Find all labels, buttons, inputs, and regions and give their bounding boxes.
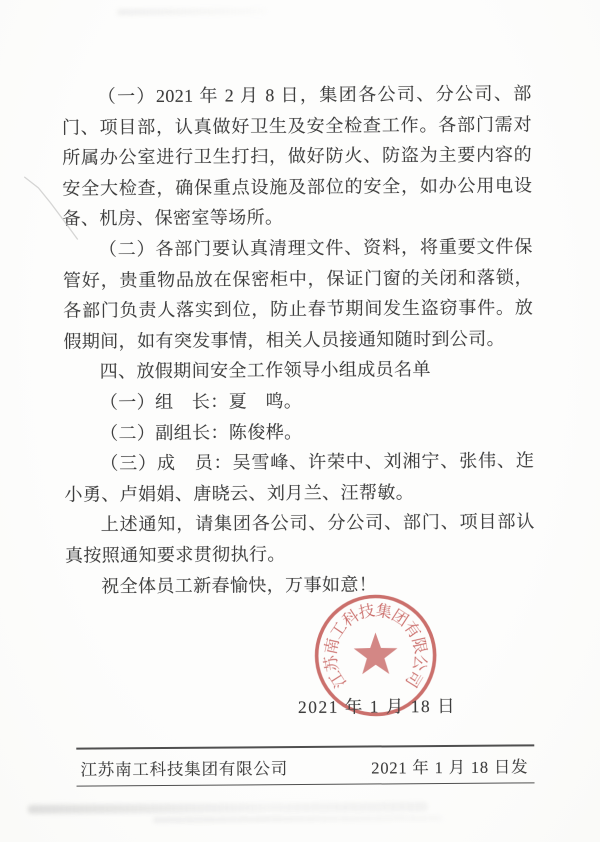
section-heading: 四、放假期间安全工作领导小组成员名单 xyxy=(64,354,534,388)
paragraph-1: （一）2021 年 2 月 8 日，集团各公司、分公司、部门、项目部，认真做好卫… xyxy=(62,78,533,234)
footer-bottom-rule xyxy=(77,782,535,786)
seal-star-icon xyxy=(354,632,398,674)
scan-smudge xyxy=(117,8,267,15)
document-body: （一）2021 年 2 月 8 日，集团各公司、分公司、部门、项目部，认真做好卫… xyxy=(62,78,536,601)
closing-paragraph: 上述通知，请集团各公司、分公司、部门、项目部认真按照通知要求贯彻执行。 xyxy=(65,507,535,571)
member-line-deputy: （二）副组长：陈俊桦。 xyxy=(64,415,534,449)
sign-date: 2021 年 1 月 18 日 xyxy=(287,693,467,719)
member-line-members: （三）成 员：吴雪峰、许荣中、刘湘宁、张伟、迮小勇、卢娟娟、唐晓云、刘月兰、汪帮… xyxy=(64,445,534,509)
scanned-notice-page: （一）2021 年 2 月 8 日，集团各公司、分公司、部门、项目部，认真做好卫… xyxy=(0,0,600,842)
svg-text:限: 限 xyxy=(408,636,429,656)
scan-tilt-wrapper: （一）2021 年 2 月 8 日，集团各公司、分公司、部门、项目部，认真做好卫… xyxy=(0,0,600,842)
member-line-leader: （一）组 长：夏 鸣。 xyxy=(64,384,534,418)
greeting-paragraph: 祝全体员工新春愉快，万事如意！ xyxy=(65,568,535,602)
paragraph-2: （二）各部门要认真清理文件、资料，将重要文件保管好，贵重物品放在保密柜中，保证门… xyxy=(63,231,534,357)
scan-smudge xyxy=(28,802,428,814)
footer-issuer: 江苏南工科技集团有限公司 xyxy=(80,755,288,780)
scan-smudge xyxy=(153,815,443,823)
svg-text:技: 技 xyxy=(357,601,376,622)
footer-top-rule xyxy=(76,744,534,749)
footer-row: 江苏南工科技集团有限公司 2021 年 1 月 18 日发 xyxy=(80,753,528,780)
footer-issue-date: 2021 年 1 月 18 日发 xyxy=(371,753,528,778)
